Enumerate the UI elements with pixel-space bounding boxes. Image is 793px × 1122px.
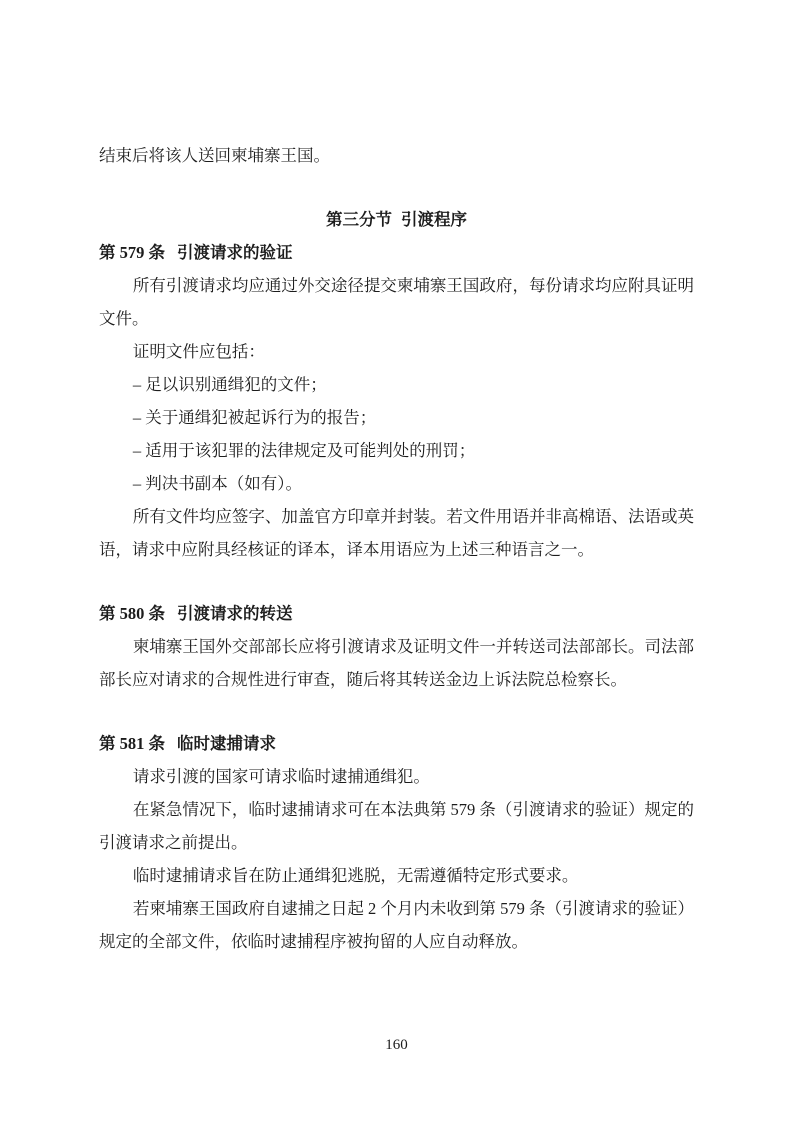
article-580-title: 引渡请求的转送 bbox=[177, 604, 293, 623]
article-580-label: 第 580 条 bbox=[99, 604, 165, 623]
paragraph: 柬埔寨王国外交部部长应将引渡请求及证明文件一并转送司法部部长。司法部部长应对请求… bbox=[99, 630, 694, 696]
article-581-heading: 第 581 条临时逮捕请求 bbox=[99, 727, 694, 760]
article-579-heading: 第 579 条引渡请求的验证 bbox=[99, 236, 694, 269]
section-label: 第三分节 bbox=[326, 210, 392, 229]
list-item: – 适用于该犯罪的法律规定及可能判处的刑罚； bbox=[99, 434, 694, 467]
paragraph: 请求引渡的国家可请求临时逮捕通缉犯。 bbox=[99, 760, 694, 793]
article-579-label: 第 579 条 bbox=[99, 243, 165, 262]
page-number: 160 bbox=[0, 1036, 793, 1054]
list-item: – 足以识别通缉犯的文件； bbox=[99, 368, 694, 401]
paragraph: 所有文件均应签字、加盖官方印章并封装。若文件用语并非高棉语、法语或英语，请求中应… bbox=[99, 500, 694, 566]
page-content: 结束后将该人送回柬埔寨王国。 第三分节引渡程序 第 579 条引渡请求的验证 所… bbox=[99, 139, 694, 958]
paragraph: 在紧急情况下，临时逮捕请求可在本法典第 579 条（引渡请求的验证）规定的引渡请… bbox=[99, 793, 694, 859]
list-item: – 关于通缉犯被起诉行为的报告； bbox=[99, 401, 694, 434]
article-579: 第 579 条引渡请求的验证 所有引渡请求均应通过外交途径提交柬埔寨王国政府，每… bbox=[99, 236, 694, 566]
paragraph: 所有引渡请求均应通过外交途径提交柬埔寨王国政府，每份请求均应附具证明文件。 bbox=[99, 269, 694, 335]
article-581: 第 581 条临时逮捕请求 请求引渡的国家可请求临时逮捕通缉犯。 在紧急情况下，… bbox=[99, 727, 694, 958]
list-item: – 判决书副本（如有）。 bbox=[99, 467, 694, 500]
section-title: 引渡程序 bbox=[401, 210, 467, 229]
article-581-label: 第 581 条 bbox=[99, 734, 165, 753]
article-579-title: 引渡请求的验证 bbox=[177, 243, 293, 262]
document-page: { "page": { "background_color": "#ffffff… bbox=[0, 0, 793, 1122]
article-580: 第 580 条引渡请求的转送 柬埔寨王国外交部部长应将引渡请求及证明文件一并转送… bbox=[99, 597, 694, 696]
section-heading: 第三分节引渡程序 bbox=[99, 203, 694, 236]
article-581-title: 临时逮捕请求 bbox=[177, 734, 276, 753]
article-580-heading: 第 580 条引渡请求的转送 bbox=[99, 597, 694, 630]
paragraph: 若柬埔寨王国政府自逮捕之日起 2 个月内未收到第 579 条（引渡请求的验证）规… bbox=[99, 892, 694, 958]
paragraph: 证明文件应包括： bbox=[99, 335, 694, 368]
continuation-paragraph: 结束后将该人送回柬埔寨王国。 bbox=[99, 139, 694, 172]
paragraph: 临时逮捕请求旨在防止通缉犯逃脱，无需遵循特定形式要求。 bbox=[99, 859, 694, 892]
